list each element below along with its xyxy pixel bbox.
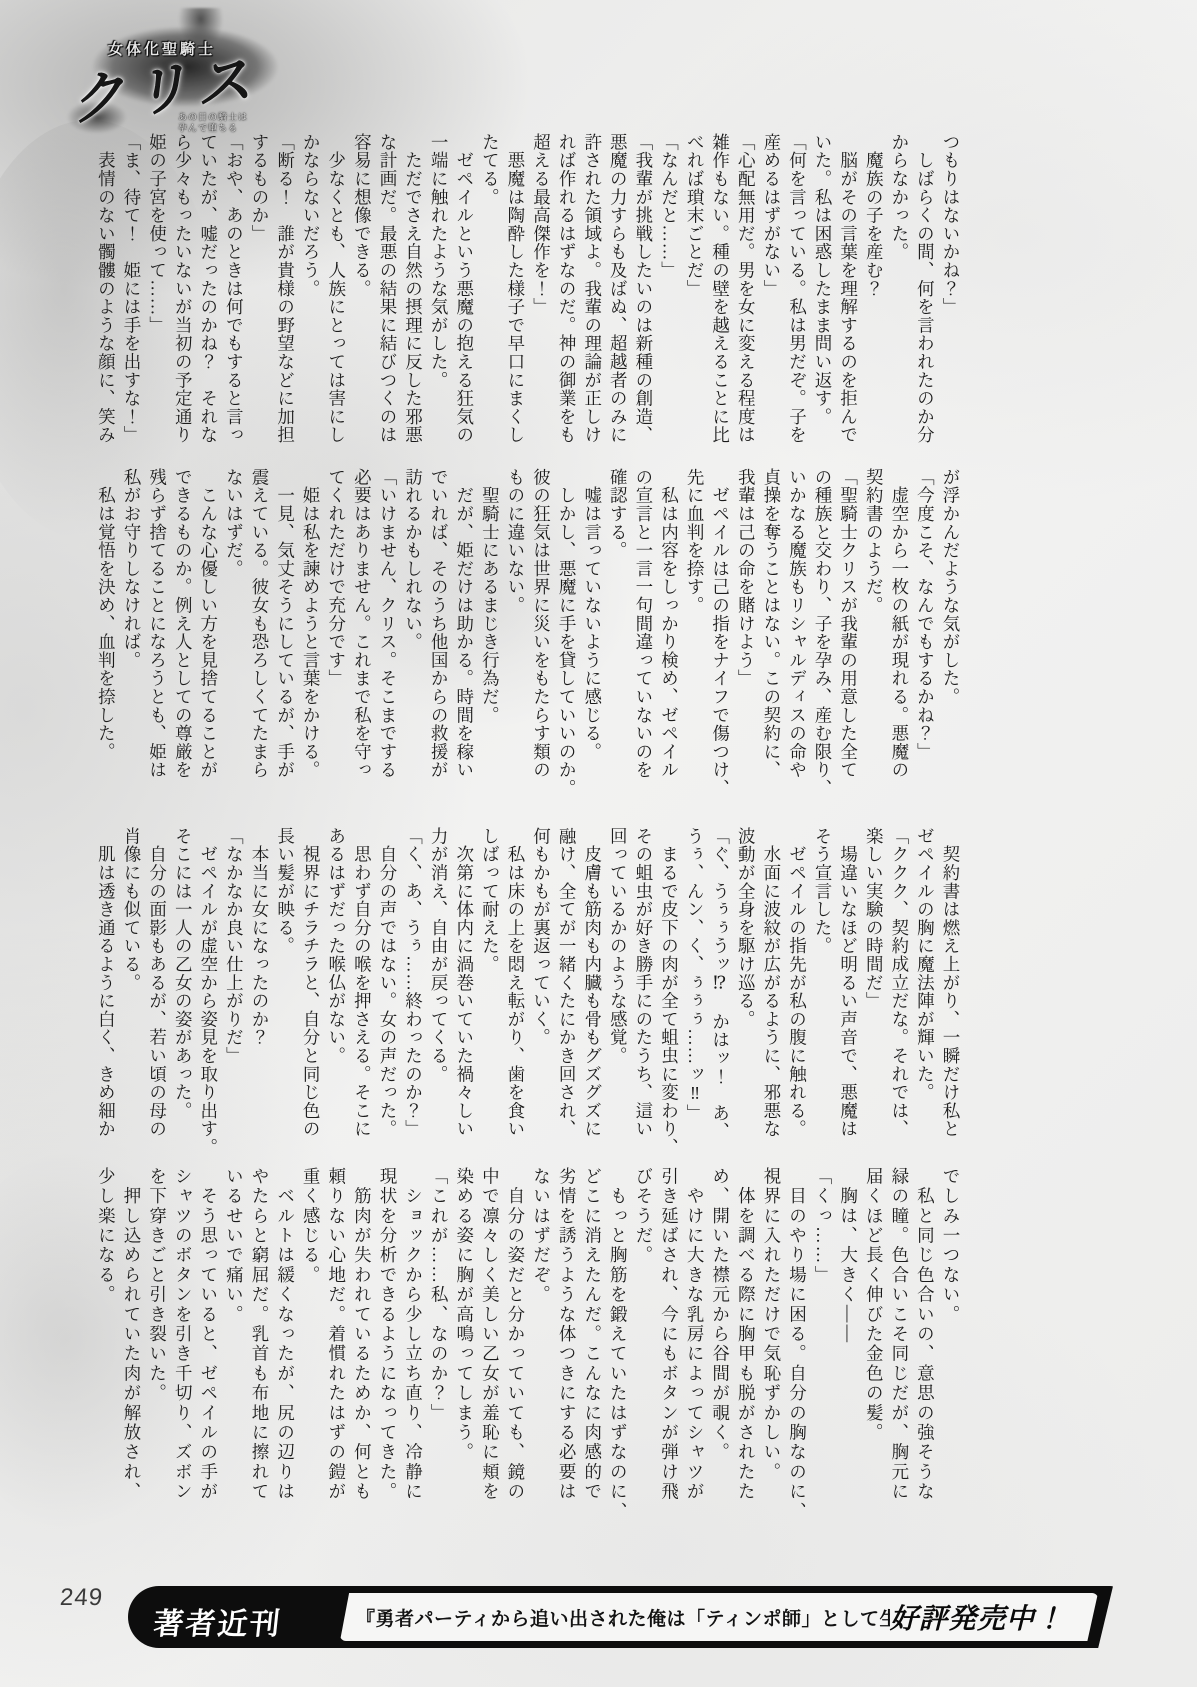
text-line: 頼りない心地だ。着慣れたはずの鎧が bbox=[323, 1167, 349, 1561]
text-line: しばらくの間、何を言われたのか分 bbox=[912, 133, 938, 466]
text-line: 嘘は言っていないように感じる。 bbox=[579, 468, 605, 820]
text-line: いた。私は困惑したまま問い返す。 bbox=[809, 133, 835, 466]
text-line: が浮かんだような気がした。 bbox=[937, 468, 963, 820]
text-line: その蛆虫が好き勝手にのたうち、這い bbox=[630, 827, 656, 1167]
text-line: 「聖騎士クリスが我輩の用意した全て bbox=[835, 468, 861, 820]
text-line: 脳がその言葉を理解するのを拒んで bbox=[835, 133, 861, 466]
text-line: 許された領域よ。我輩の理論が正しけ bbox=[579, 133, 605, 466]
text-line: 場違いなほど明るい声音で、悪魔は bbox=[835, 827, 861, 1167]
text-line: 肖像にも似ている。 bbox=[118, 827, 144, 1167]
text-line: そこには一人の乙女の姿があった。 bbox=[170, 827, 196, 1167]
text-line: 視界に入れただけで気恥ずかしい。 bbox=[758, 1167, 784, 1561]
text-line: まるで皮下の肉が全て蛆虫に変わり、 bbox=[656, 827, 682, 1167]
text-line: ら少々もったいないが当初の予定通り bbox=[170, 133, 196, 466]
text-line: ゼペイルは己の指をナイフで傷つけ、 bbox=[707, 468, 733, 820]
text-line: そう思っていると、ゼペイルの手が bbox=[195, 1167, 221, 1561]
text-line: こんな心優しい方を見捨てることが bbox=[195, 468, 221, 820]
text-line: の宣言と一言一句間違っていないのを bbox=[630, 468, 656, 820]
text-line: 先に血判を捺す。 bbox=[681, 468, 707, 820]
text-line: ゼペイルという悪魔の抱える狂気の bbox=[451, 133, 477, 466]
text-line: 筋肉が失われているためか、何とも bbox=[349, 1167, 375, 1561]
text-line: だが、姫だけは助かる。時間を稼い bbox=[451, 468, 477, 820]
text-line: 波動が全身を駆け巡る。 bbox=[733, 827, 759, 1167]
text-line: 私は床の上を悶え転がり、歯を食い bbox=[502, 827, 528, 1167]
text-line: ゼペイルの指先が私の腹に触れる。 bbox=[784, 827, 810, 1167]
text-line: 一端に触れたような気がした。 bbox=[426, 133, 452, 466]
text-line: 皮膚も筋肉も内臓も骨もグズグズに bbox=[579, 827, 605, 1167]
text-area: つもりはないかね？」 しばらくの間、何を言われたのか分からなかった。 魔族の子を… bbox=[88, 0, 963, 1687]
text-line: 思わず自分の喉を押さえる。そこに bbox=[349, 827, 375, 1167]
text-line: 悪魔は陶酔した様子で早口にまくし bbox=[502, 133, 528, 466]
footer-label: 著者近刊 bbox=[152, 1599, 332, 1643]
text-line: ただでさえ自然の摂理に反した邪悪 bbox=[400, 133, 426, 466]
text-line: め、開いた襟元から谷間が覗く。 bbox=[707, 1167, 733, 1561]
text-line: 我輩は己の命を賭けよう」 bbox=[733, 468, 759, 820]
text-line: 「なかなか良い仕上がりだ」 bbox=[221, 827, 247, 1167]
text-line: するものか」 bbox=[246, 133, 272, 466]
text-line: 「今度こそ、なんでもするかね？」 bbox=[912, 468, 938, 820]
text-line: 引き延ばされ、今にもボタンが弾け飛 bbox=[656, 1167, 682, 1561]
text-line: でいれば、そのうち他国からの救援が bbox=[426, 468, 452, 820]
text-line: 「これが……私、なのか？」 bbox=[426, 1167, 452, 1561]
text-line: 押し込められていた肉が解放され、 bbox=[118, 1167, 144, 1561]
text-line: 体を調べる際に胸甲も脱がされたた bbox=[733, 1167, 759, 1561]
text-line: 契約書は燃え上がり、一瞬だけ私と bbox=[937, 827, 963, 1167]
text-line: 悪魔の力すらも及ばぬ、超越者のみに bbox=[605, 133, 631, 466]
text-line: ないはずだ。 bbox=[221, 468, 247, 820]
text-line: 必要はありません。これまで私を守っ bbox=[349, 468, 375, 820]
text-line: 残らず捨てることになろうとも、姫は bbox=[144, 468, 170, 820]
text-line: たてる。 bbox=[477, 133, 503, 466]
text-line: うぅ、んン、く、ぅぅぅ……ッ‼」 bbox=[681, 827, 707, 1167]
text-line: ベルトは緩くなったが、尻の辺りは bbox=[272, 1167, 298, 1561]
text-line: 「我輩が挑戦したいのは新種の創造、 bbox=[630, 133, 656, 466]
text-line: 私がお守りしなければ。 bbox=[118, 468, 144, 820]
text-line: べれば瑣末ごとだ」 bbox=[681, 133, 707, 466]
text-line: 私は内容をしっかり検め、ゼペイル bbox=[656, 468, 682, 820]
text-line: からなかった。 bbox=[886, 133, 912, 466]
text-line: 確認する。 bbox=[605, 468, 631, 820]
text-line: できるものか。例え人としての尊厳を bbox=[170, 468, 196, 820]
text-line: 自分の姿だと分かっていても、鏡の bbox=[502, 1167, 528, 1561]
text-line: 「ククク、契約成立だな。それでは、 bbox=[886, 827, 912, 1167]
text-line: 次第に体内に渦巻いていた禍々しい bbox=[451, 827, 477, 1167]
text-line: 回っているかのような感覚。 bbox=[605, 827, 631, 1167]
text-line: 少なくとも、人族にとっては害にし bbox=[323, 133, 349, 466]
text-line: 彼の狂気は世界に災いをもたらす類の bbox=[528, 468, 554, 820]
footer-book-title: 『勇者パーティから追い出された俺は「ティンポ師」として生きることになった』 bbox=[340, 1604, 890, 1631]
text-line: 姫は私を諫めようと言葉をかける。 bbox=[298, 468, 324, 820]
text-line: 魔族の子を産む？ bbox=[861, 133, 887, 466]
text-line: 「いけません、クリス。そこまでする bbox=[374, 468, 400, 820]
text-line: 訪れるかもしれない。 bbox=[400, 468, 426, 820]
text-line: 「断る！ 誰が貴様の野望などに加担 bbox=[272, 133, 298, 466]
text-line: あるはずだった喉仏がない。 bbox=[323, 827, 349, 1167]
text-line: 楽しい実験の時間だ」 bbox=[861, 827, 887, 1167]
text-line: 融け、全てが一緒くたにかき回され、 bbox=[554, 827, 580, 1167]
text-line: シャツのボタンを引き千切り、ズボン bbox=[170, 1167, 196, 1561]
text-line: 「なんだと……」 bbox=[656, 133, 682, 466]
text-line: つもりはないかね？」 bbox=[937, 133, 963, 466]
text-line: を下穿きごと引き裂いた。 bbox=[144, 1167, 170, 1561]
text-line: 届くほど長く伸びた金色の髪。 bbox=[861, 1167, 887, 1561]
text-line: 貞操を奪うことはない。この契約に、 bbox=[758, 468, 784, 820]
text-line: ていたが、嘘だったのかね？ それな bbox=[195, 133, 221, 466]
text-line: 「何を言っている。私は男だぞ。子を bbox=[784, 133, 810, 466]
text-line: 重く感じる。 bbox=[298, 1167, 324, 1561]
text-line: もっと胸筋を鍛えていたはずなのに、 bbox=[605, 1167, 631, 1561]
text-line: 視界にチラチラと、自分と同じ色の bbox=[298, 827, 324, 1167]
text-band-4: でしみ一つない。 私と同じ色合いの、意思の強そうな緑の瞳。色合いこそ同じだが、胸… bbox=[93, 1167, 963, 1561]
text-line: ないはずだぞ。 bbox=[528, 1167, 554, 1561]
text-line: 本当に女になったのか？ bbox=[246, 827, 272, 1167]
text-line: 一見、気丈そうにしているが、手が bbox=[272, 468, 298, 820]
text-line: 現状を分析できるようになってきた。 bbox=[374, 1167, 400, 1561]
text-line: ショックから少し立ち直り、冷静に bbox=[400, 1167, 426, 1561]
text-line: 「おや、あのときは何でもすると言っ bbox=[221, 133, 247, 466]
text-line: 虚空から一枚の紙が現れる。悪魔の bbox=[886, 468, 912, 820]
text-line: 「ま、待て！ 姫には手を出すな！」 bbox=[118, 133, 144, 466]
text-line: 「ぐ、うぅぅうッ⁉ かはッ！ あ、 bbox=[707, 827, 733, 1167]
text-line: でしみ一つない。 bbox=[937, 1167, 963, 1561]
text-line: 中で凛々しく美しい乙女が羞恥に頬を bbox=[477, 1167, 503, 1561]
text-line: 産めるはずがない」 bbox=[758, 133, 784, 466]
text-line: いかなる魔族もリシャルディスの命や bbox=[784, 468, 810, 820]
text-line: 聖騎士にあるまじき行為だ。 bbox=[477, 468, 503, 820]
text-line: しばって耐えた。 bbox=[477, 827, 503, 1167]
text-line: 私は覚悟を決め、血判を捺した。 bbox=[93, 468, 119, 820]
text-line: てくれただけで充分です」 bbox=[323, 468, 349, 820]
text-band-2: が浮かんだような気がした。「今度こそ、なんでもするかね？」 虚空から一枚の紙が現… bbox=[93, 468, 963, 820]
text-line: 雑作もない。種の壁を越えることに比 bbox=[707, 133, 733, 466]
footer-panel: 『勇者パーティから追い出された俺は「ティンポ師」として生きることになった』 好評… bbox=[340, 1593, 1098, 1641]
text-line: ゼペイルが虚空から姿見を取り出す。 bbox=[195, 827, 221, 1167]
text-line: 容易に想像できる。 bbox=[349, 133, 375, 466]
text-line: 劣情を誘うような体つきにする必要は bbox=[554, 1167, 580, 1561]
text-line: 肌は透き通るように白く、きめ細か bbox=[93, 827, 119, 1167]
text-line: の種族と交わり、子を孕み、産む限り、 bbox=[809, 468, 835, 820]
text-line: 自分の面影もあるが、若い頃の母の bbox=[144, 827, 170, 1167]
footer-status: 好評発売中！ bbox=[890, 1597, 1098, 1637]
text-line: やけに大きな乳房によってシャツが bbox=[681, 1167, 707, 1561]
text-line: 何もかもが裏返っていく。 bbox=[528, 827, 554, 1167]
text-line: 震えている。彼女も恐ろしくてたまら bbox=[246, 468, 272, 820]
text-line: 表情のない髑髏のような顔に、笑み bbox=[93, 133, 119, 466]
text-line: しかし、悪魔に手を貸していいのか。 bbox=[554, 468, 580, 820]
text-line: どこに消えたんだ。こんなに肉感的で bbox=[579, 1167, 605, 1561]
text-line: 目のやり場に困る。自分の胸なのに、 bbox=[784, 1167, 810, 1561]
text-line: いるせいで痛い。 bbox=[221, 1167, 247, 1561]
text-line: 私と同じ色合いの、意思の強そうな bbox=[912, 1167, 938, 1561]
text-line: 少し楽になる。 bbox=[93, 1167, 119, 1561]
text-line: かならないだろう。 bbox=[298, 133, 324, 466]
text-line: 超える最高傑作を！」 bbox=[528, 133, 554, 466]
text-line: な計画だ。最悪の結果に結びつくのは bbox=[374, 133, 400, 466]
text-band-3: 契約書は燃え上がり、一瞬だけ私とゼペイルの胸に魔法陣が輝いた。「ククク、契約成立… bbox=[93, 827, 963, 1167]
text-line: 緑の瞳。色合いこそ同じだが、胸元に bbox=[886, 1167, 912, 1561]
text-line: 自分の声ではない。女の声だった。 bbox=[374, 827, 400, 1167]
text-line: やたらと窮屈だ。乳首も布地に擦れて bbox=[246, 1167, 272, 1561]
text-line: 「く、あ、うぅ……終わったのか？」 bbox=[400, 827, 426, 1167]
text-line: 「くっ……」 bbox=[809, 1167, 835, 1561]
text-line: 胸は、大きく―― bbox=[835, 1167, 861, 1561]
text-line: 長い髪が映る。 bbox=[272, 827, 298, 1167]
text-line: そう宣言した。 bbox=[809, 827, 835, 1167]
text-line: ものに違いない。 bbox=[502, 468, 528, 820]
text-line: 契約書のようだ。 bbox=[861, 468, 887, 820]
text-line: ゼペイルの胸に魔法陣が輝いた。 bbox=[912, 827, 938, 1167]
text-line: 力が消え、自由が戻ってくる。 bbox=[426, 827, 452, 1167]
footer-bar: 著者近刊 『勇者パーティから追い出された俺は「ティンポ師」として生きることになっ… bbox=[128, 1586, 1120, 1648]
novel-page: 女体化聖騎士 クリス あの日の騎士は 孕んで堕ちる つもりはないかね？」 しばら… bbox=[0, 0, 1197, 1687]
page-number: 249 bbox=[59, 1584, 104, 1612]
text-band-1: つもりはないかね？」 しばらくの間、何を言われたのか分からなかった。 魔族の子を… bbox=[93, 133, 963, 466]
text-line: 水面に波紋が広がるように、邪悪な bbox=[758, 827, 784, 1167]
text-line: びそうだ。 bbox=[630, 1167, 656, 1561]
text-line: 「心配無用だ。男を女に変える程度は bbox=[733, 133, 759, 466]
text-line: れば作れるはずなのだ。神の御業をも bbox=[554, 133, 580, 466]
text-line: 染める姿に胸が高鳴ってしまう。 bbox=[451, 1167, 477, 1561]
text-line: 姫の子宮を使って……」 bbox=[144, 133, 170, 466]
